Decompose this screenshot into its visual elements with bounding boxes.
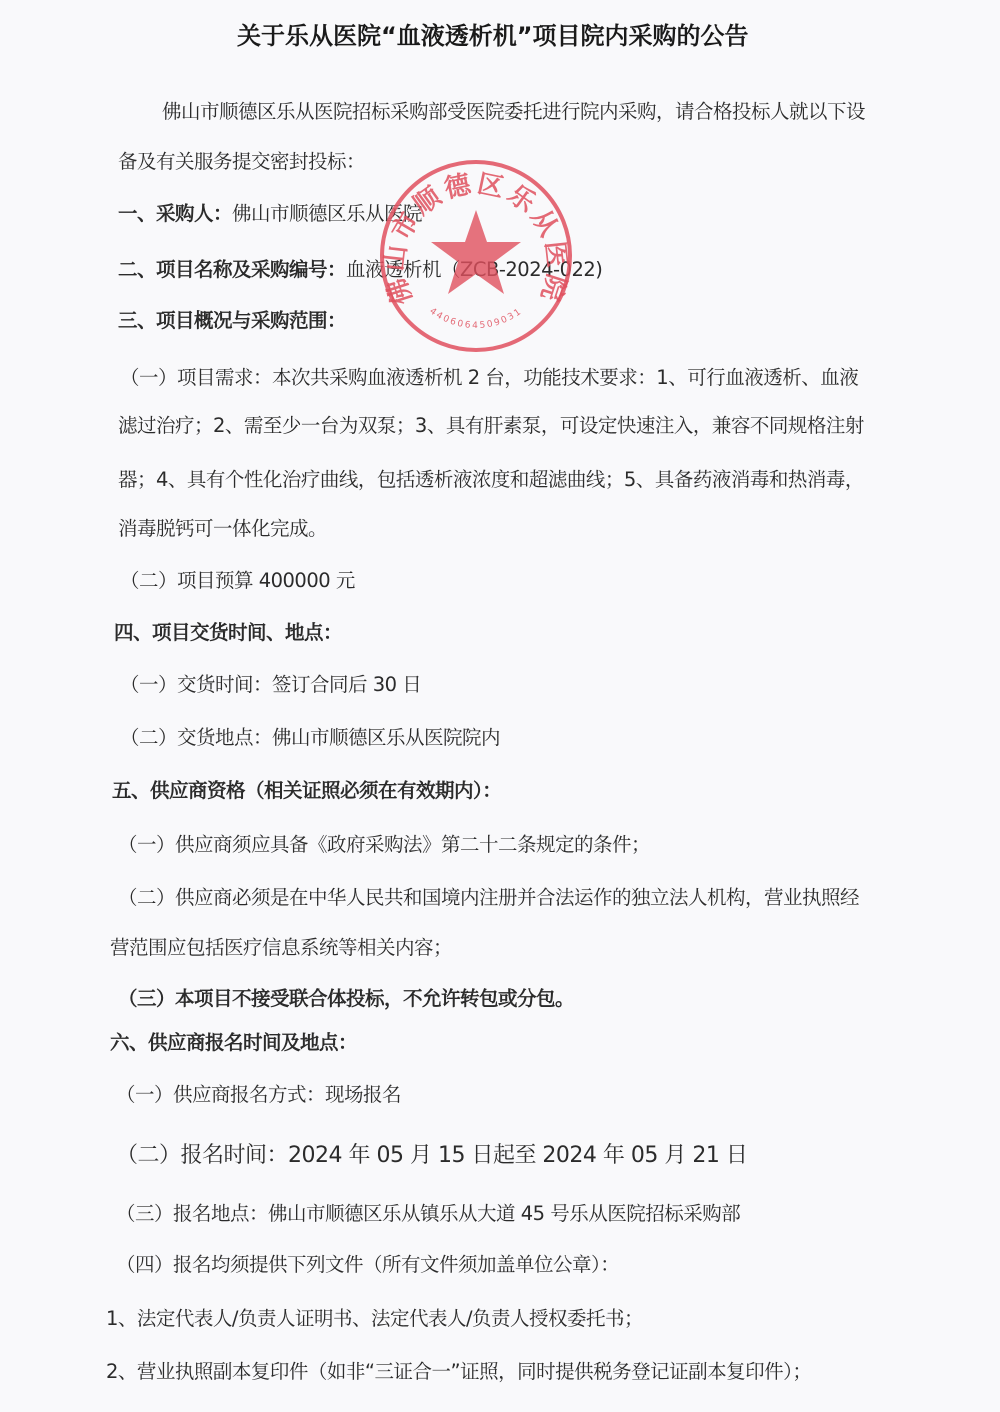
intro-line-1: 佛山市顺德区乐从医院招标采购部受医院委托进行院内采购，请合格投标人就以下设 <box>162 96 865 124</box>
section-4-heading: 四、项目交货时间、地点： <box>114 617 342 645</box>
section-5-heading: 五、供应商资格（相关证照必须在有效期内）： <box>112 775 501 803</box>
svg-text:佛山市顺德区乐从医院: 佛山市顺德区乐从医院 <box>380 169 572 308</box>
section-6-item-3: （三）报名地点：佛山市顺德区乐从镇乐从大道 45 号乐从医院招标采购部 <box>116 1198 740 1226</box>
section-5-item-2-line-2: 营范围应包括医疗信息系统等相关内容； <box>110 932 452 960</box>
section-3-item-2: （二）项目预算 400000 元 <box>120 565 355 593</box>
document-page: 关于乐从医院“血液透析机”项目院内采购的公告 佛山市顺德区乐从医院招标采购部受医… <box>0 0 1000 1412</box>
section-6-doc-1: 1、法定代表人/负责人证明书、法定代表人/负责人授权委托书； <box>106 1303 643 1331</box>
intro-line-2: 备及有关服务提交密封投标： <box>118 146 365 174</box>
section-4-item-1: （一）交货时间：签订合同后 30 日 <box>120 669 421 697</box>
section-3-item-1-line-3: 器；4、具有个性化治疗曲线，包括透析液浓度和超滤曲线；5、具备药液消毒和热消毒， <box>118 464 864 492</box>
section-5-item-3: （三）本项目不接受联合体投标，不允许转包或分包。 <box>118 983 574 1011</box>
section-5-item-1: （一）供应商须应具备《政府采购法》第二十二条规定的条件； <box>118 829 650 857</box>
svg-text:4406064509031: 4406064509031 <box>427 306 524 331</box>
section-6-doc-2: 2、营业执照副本复印件（如非“三证合一”证照，同时提供税务登记证副本复印件）； <box>106 1356 811 1384</box>
section-3-item-1-line-2: 滤过治疗；2、需至少一台为双泵；3、具有肝素泵，可设定快速注入，兼容不同规格注射 <box>118 410 864 438</box>
section-3-item-1-line-1: （一）项目需求：本次共采购血液透析机 2 台，功能技术要求：1、可行血液透析、血… <box>120 362 858 390</box>
section-1-heading: 一、采购人： <box>118 202 232 225</box>
document-title: 关于乐从医院“血液透析机”项目院内采购的公告 <box>237 16 749 51</box>
section-5-item-2-line-1: （二）供应商必须是在中华人民共和国境内注册并合法运作的独立法人机构，营业执照经 <box>118 882 859 910</box>
section-2-value: 血液透析机（ZCB-2024-022) <box>346 258 602 281</box>
section-1: 一、采购人：佛山市顺德区乐从医院 <box>118 198 422 226</box>
section-6-item-2: （二）报名时间：2024 年 05 月 15 日起至 2024 年 05 月 2… <box>116 1138 747 1169</box>
section-2-heading: 二、项目名称及采购编号： <box>118 258 346 281</box>
section-6-item-4: （四）报名均须提供下列文件（所有文件须加盖单位公章）： <box>116 1249 619 1277</box>
section-1-value: 佛山市顺德区乐从医院 <box>232 202 422 225</box>
section-2: 二、项目名称及采购编号：血液透析机（ZCB-2024-022) <box>118 254 602 282</box>
section-4-item-2: （二）交货地点：佛山市顺德区乐从医院院内 <box>120 722 500 750</box>
section-6-item-1: （一）供应商报名方式：现场报名 <box>116 1079 401 1107</box>
section-3-item-1-line-4: 消毒脱钙可一体化完成。 <box>118 513 327 541</box>
section-3-heading: 三、项目概况与采购范围： <box>118 305 346 333</box>
section-6-heading: 六、供应商报名时间及地点： <box>110 1027 357 1055</box>
